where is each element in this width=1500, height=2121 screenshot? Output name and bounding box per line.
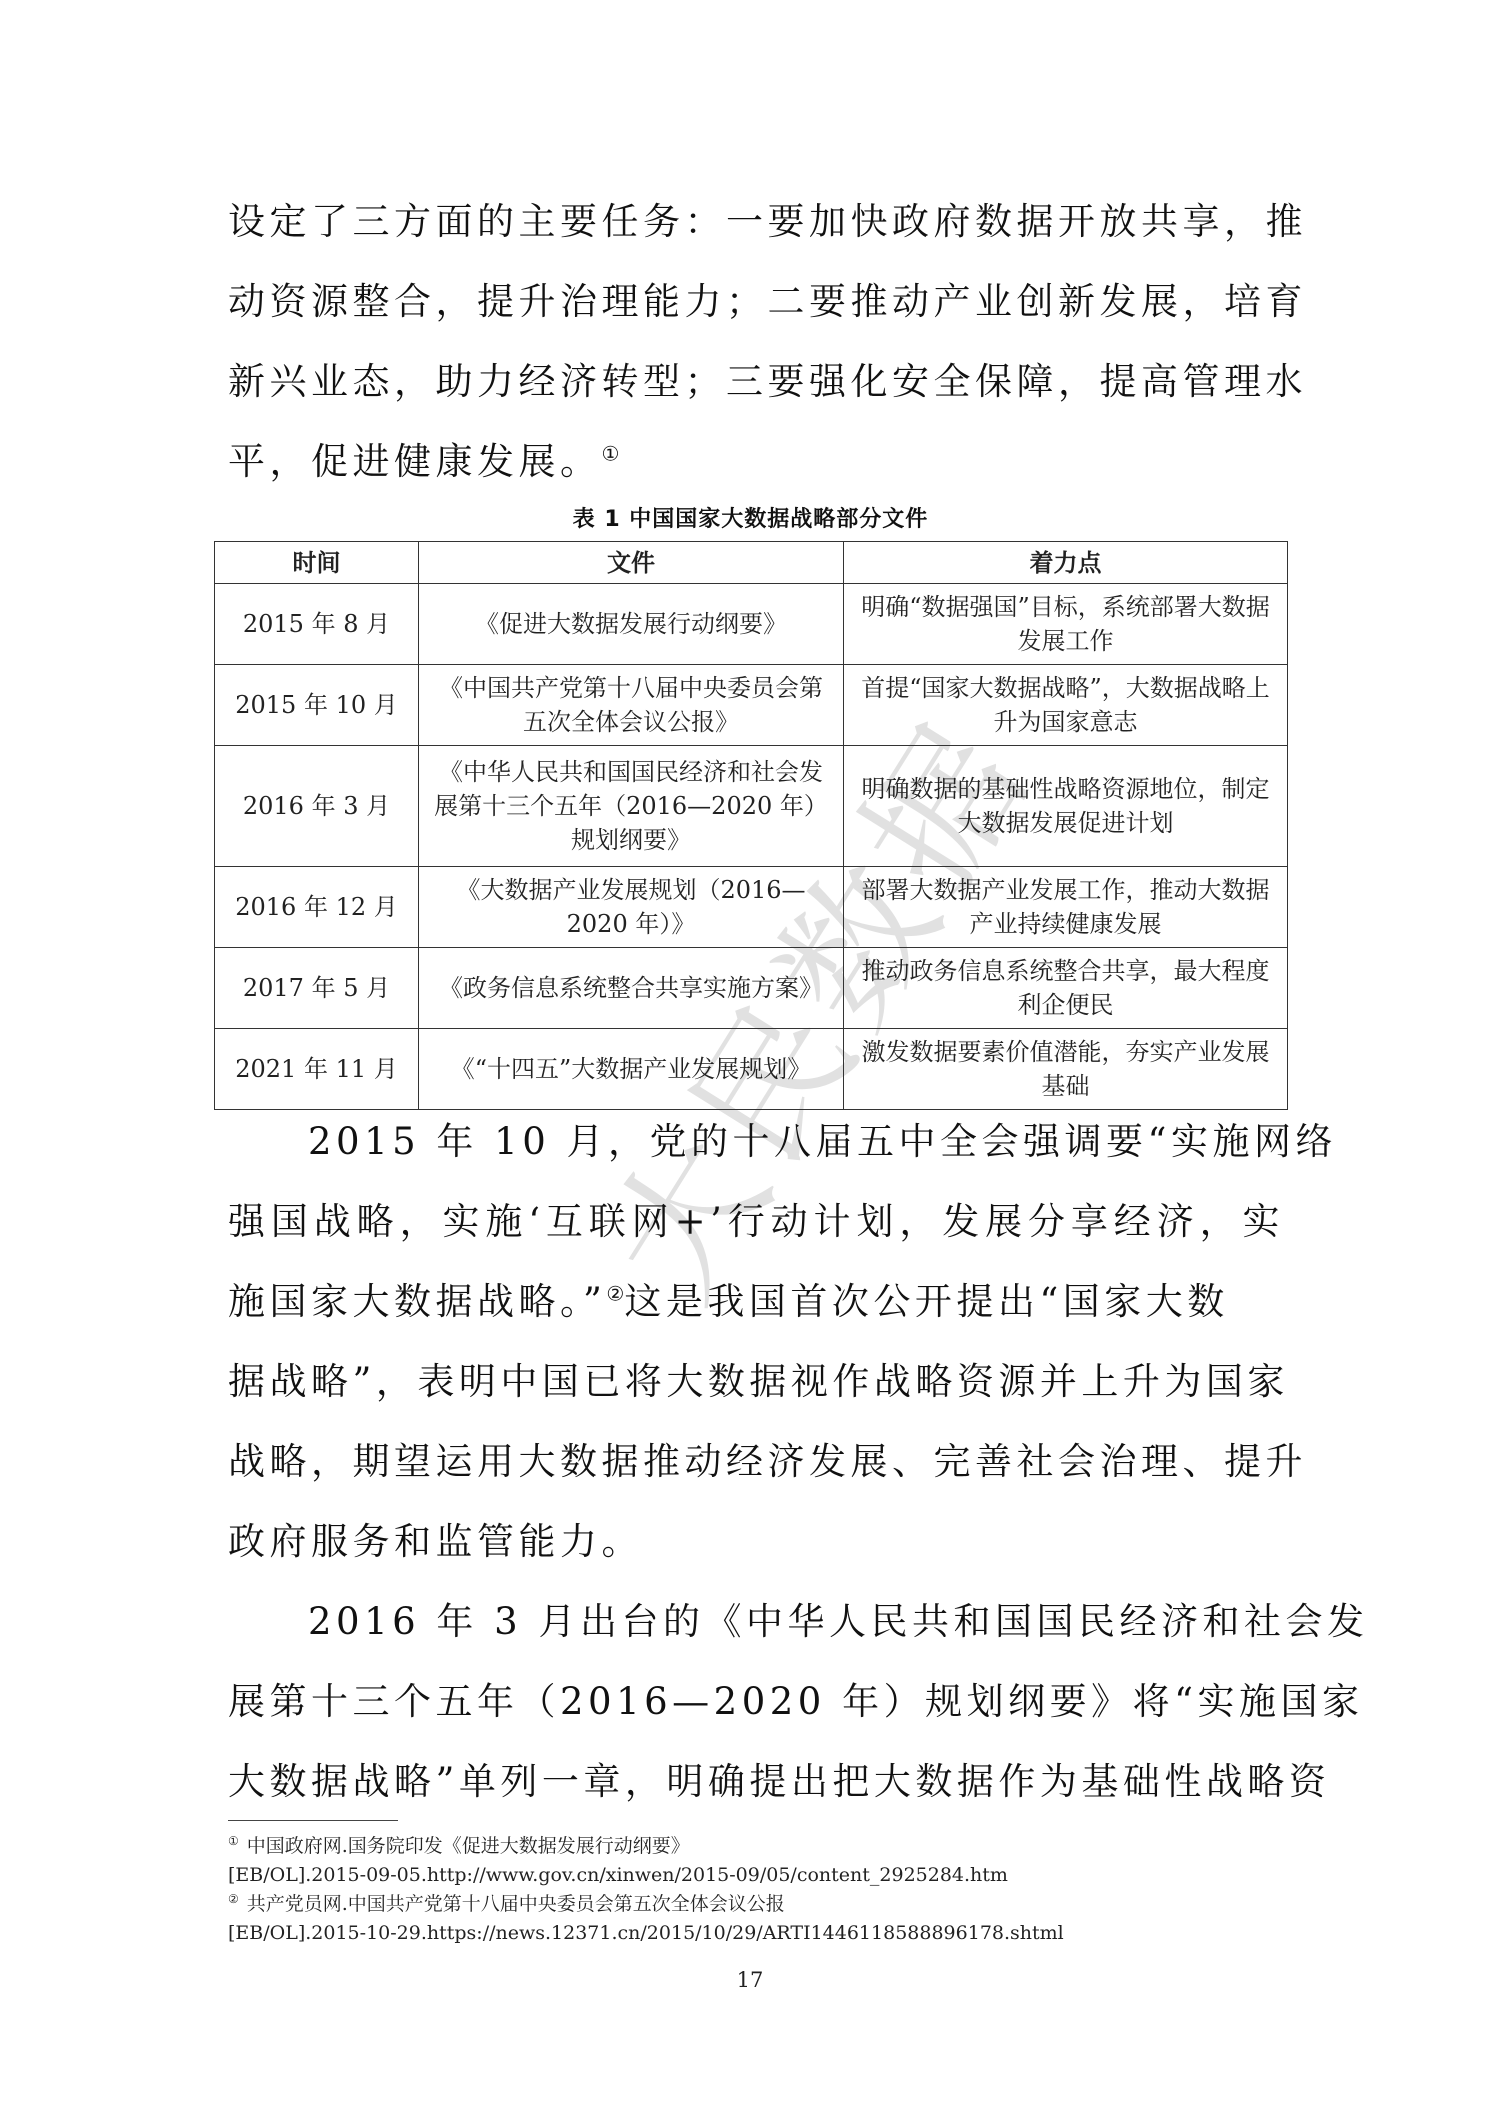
header-time: 时间 xyxy=(215,542,419,584)
document-page: 大民数据 设定了三方面的主要任务：一要加快政府数据开放共享，推 动资源整合，提升… xyxy=(0,0,1500,2121)
footnote-source: 中国政府网.国务院印发《促进大数据发展行动纲要》 xyxy=(247,1835,690,1857)
paragraph-line: 动资源整合，提升治理能力；二要推动产业创新发展，培育 xyxy=(228,262,1284,342)
paragraph-line: 平，促进健康发展。① xyxy=(228,422,1284,502)
footnote-2-link[interactable]: [EB/OL].2015-10-29.https://news.12371.cn… xyxy=(228,1919,1288,1948)
cell-focus: 推动政务信息系统整合共享，最大程度利企便民 xyxy=(844,948,1288,1029)
paragraph-line: 政府服务和监管能力。 xyxy=(228,1502,1284,1582)
cell-time: 2016 年 3 月 xyxy=(215,746,419,867)
footnote-1: ①中国政府网.国务院印发《促进大数据发展行动纲要》 xyxy=(228,1832,1288,1861)
paragraph-line: 大数据战略”单列一章，明确提出把大数据作为基础性战略资 xyxy=(228,1742,1284,1822)
paragraph-line: 强国战略，实施‘互联网+’行动计划，发展分享经济，实 xyxy=(228,1182,1284,1262)
footnote-2: ②共产党员网.中国共产党第十八届中央委员会第五次全体会议公报 xyxy=(228,1890,1288,1919)
cell-time: 2016 年 12 月 xyxy=(215,867,419,948)
table-row: 2016 年 12 月 《大数据产业发展规划（2016—2020 年）》 部署大… xyxy=(215,867,1288,948)
paragraph-line: 施国家大数据战略。”②这是我国首次公开提出“国家大数 xyxy=(228,1262,1284,1342)
footnote-ref-1[interactable]: ① xyxy=(602,442,620,466)
cell-focus: 部署大数据产业发展工作，推动大数据产业持续健康发展 xyxy=(844,867,1288,948)
footnote-mark: ② xyxy=(228,1892,239,1906)
paragraph-line-text: 施国家大数据战略。” xyxy=(228,1280,606,1323)
footnote-source: 共产党员网.中国共产党第十八届中央委员会第五次全体会议公报 xyxy=(247,1893,785,1915)
footnote-mark: ① xyxy=(228,1834,239,1848)
table-row: 2016 年 3 月 《中华人民共和国国民经济和社会发展第十三个五年（2016—… xyxy=(215,746,1288,867)
table-row: 2017 年 5 月 《政务信息系统整合共享实施方案》 推动政务信息系统整合共享… xyxy=(215,948,1288,1029)
page-number: 17 xyxy=(700,1968,800,1992)
cell-focus: 明确“数据强国”目标，系统部署大数据发展工作 xyxy=(844,584,1288,665)
cell-focus: 首提“国家大数据战略”，大数据战略上升为国家意志 xyxy=(844,665,1288,746)
cell-time: 2017 年 5 月 xyxy=(215,948,419,1029)
paragraph-line: 新兴业态，助力经济转型；三要强化安全保障，提高管理水 xyxy=(228,342,1284,422)
header-document: 文件 xyxy=(419,542,844,584)
paragraph-line: 2016 年 3 月出台的《中华人民共和国国民经济和社会发 xyxy=(228,1582,1284,1662)
paragraph-line: 展第十三个五年（2016—2020 年）规划纲要》将“实施国家 xyxy=(228,1662,1284,1742)
table-header-row: 时间 文件 着力点 xyxy=(215,542,1288,584)
table-row: 2015 年 8 月 《促进大数据发展行动纲要》 明确“数据强国”目标，系统部署… xyxy=(215,584,1288,665)
paragraph-line: 战略，期望运用大数据推动经济发展、完善社会治理、提升 xyxy=(228,1422,1284,1502)
header-focus: 着力点 xyxy=(844,542,1288,584)
paragraph-line: 据战略”，表明中国已将大数据视作战略资源并上升为国家 xyxy=(228,1342,1284,1422)
footnote-ref-2[interactable]: ② xyxy=(606,1282,624,1306)
paragraph-line-text: 平，促进健康发展。 xyxy=(228,440,602,483)
cell-document: 《促进大数据发展行动纲要》 xyxy=(419,584,844,665)
footnote-divider xyxy=(228,1820,398,1821)
footnotes: ①中国政府网.国务院印发《促进大数据发展行动纲要》 [EB/OL].2015-0… xyxy=(228,1832,1288,1948)
table-caption: 表 1 中国国家大数据战略部分文件 xyxy=(214,502,1287,538)
table-row: 2021 年 11 月 《“十四五”大数据产业发展规划》 激发数据要素价值潜能，… xyxy=(215,1029,1288,1110)
paragraph-line: 2015 年 10 月，党的十八届五中全会强调要“实施网络 xyxy=(228,1102,1284,1182)
cell-time: 2015 年 8 月 xyxy=(215,584,419,665)
cell-focus: 激发数据要素价值潜能，夯实产业发展基础 xyxy=(844,1029,1288,1110)
cell-document: 《“十四五”大数据产业发展规划》 xyxy=(419,1029,844,1110)
strategy-documents-table: 时间 文件 着力点 2015 年 8 月 《促进大数据发展行动纲要》 明确“数据… xyxy=(214,541,1288,1110)
paragraph-line-text: 这是我国首次公开提出“国家大数 xyxy=(624,1280,1228,1323)
cell-document: 《大数据产业发展规划（2016—2020 年）》 xyxy=(419,867,844,948)
cell-document: 《政务信息系统整合共享实施方案》 xyxy=(419,948,844,1029)
cell-document: 《中华人民共和国国民经济和社会发展第十三个五年（2016—2020 年）规划纲要… xyxy=(419,746,844,867)
cell-time: 2015 年 10 月 xyxy=(215,665,419,746)
paragraph-line: 设定了三方面的主要任务：一要加快政府数据开放共享，推 xyxy=(228,182,1284,262)
paragraph-3: 2016 年 3 月出台的《中华人民共和国国民经济和社会发 展第十三个五年（20… xyxy=(228,1582,1284,1822)
footnote-1-link[interactable]: [EB/OL].2015-09-05.http://www.gov.cn/xin… xyxy=(228,1861,1288,1890)
cell-document: 《中国共产党第十八届中央委员会第五次全体会议公报》 xyxy=(419,665,844,746)
cell-time: 2021 年 11 月 xyxy=(215,1029,419,1110)
table-row: 2015 年 10 月 《中国共产党第十八届中央委员会第五次全体会议公报》 首提… xyxy=(215,665,1288,746)
cell-focus: 明确数据的基础性战略资源地位，制定大数据发展促进计划 xyxy=(844,746,1288,867)
paragraph-2: 2015 年 10 月，党的十八届五中全会强调要“实施网络 强国战略，实施‘互联… xyxy=(228,1102,1284,1582)
paragraph-1: 设定了三方面的主要任务：一要加快政府数据开放共享，推 动资源整合，提升治理能力；… xyxy=(228,182,1284,502)
